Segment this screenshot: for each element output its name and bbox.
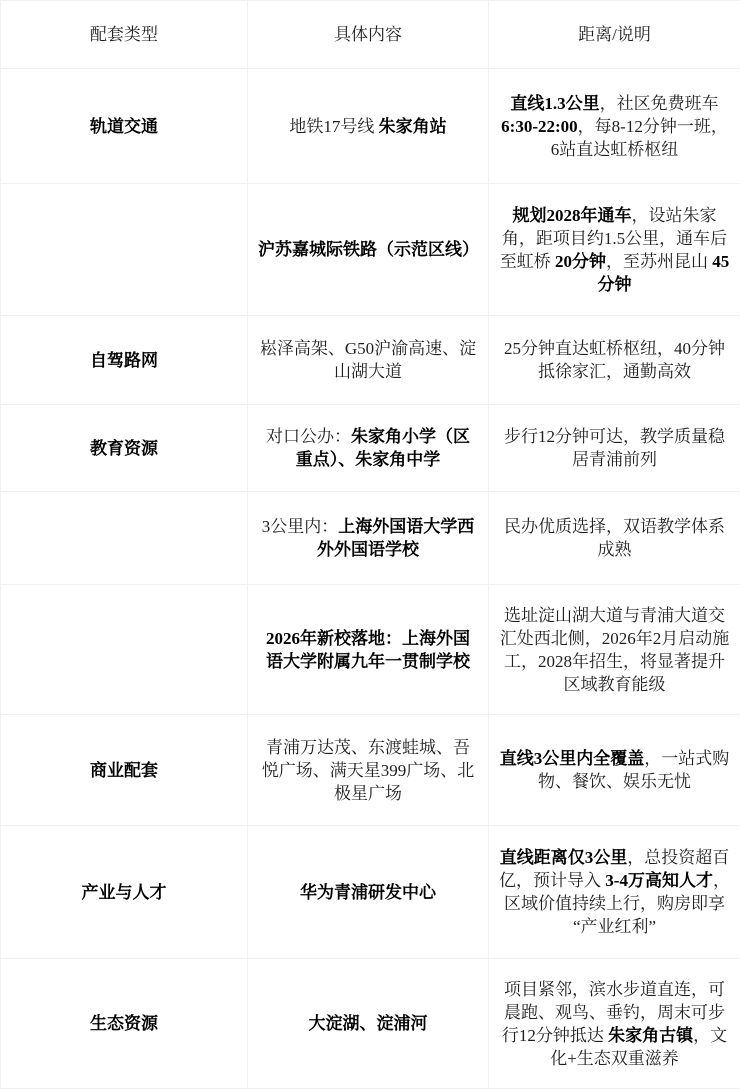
cell-description: 25分钟直达虹桥枢纽，40分钟抵徐家汇，通勤高效 (489, 316, 740, 405)
table-row: 3公里内：上海外国语大学西外外国语学校民办优质选择，双语教学体系成熟 (1, 492, 740, 585)
text-segment: 选址淀山湖大道与青浦大道交汇处西北侧，2026年2月启动施工，2028年招生，将… (500, 606, 730, 694)
cell-description: 直线距离仅3公里，总投资超百亿，预计导入 3-4万高知人才，区域价值持续上行，购… (489, 826, 740, 959)
header-category: 配套类型 (1, 1, 248, 69)
text-segment: 沪苏嘉城际铁路（示范区线） (258, 240, 479, 259)
text-segment: 25分钟直达虹桥枢纽，40分钟抵徐家汇，通勤高效 (504, 339, 725, 381)
cell-category: 生态资源 (1, 959, 248, 1089)
table-row: 生态资源大淀湖、淀浦河项目紧邻，滨水步道直连，可晨跑、观鸟、垂钓，周末可步行12… (1, 959, 740, 1089)
cell-description: 民办优质选择，双语教学体系成熟 (489, 492, 740, 585)
text-segment: 教育资源 (90, 439, 158, 458)
text-segment: ，每8-12分钟一班，6站直达虹桥枢纽 (551, 117, 728, 159)
cell-content: 对口公办：朱家角小学（区重点）、朱家角中学 (248, 405, 489, 492)
table-row: 2026年新校落地：上海外国语大学附属九年一贯制学校选址淀山湖大道与青浦大道交汇… (1, 585, 740, 715)
text-segment: 直线距离仅3公里 (500, 848, 628, 867)
cell-category: 产业与人才 (1, 826, 248, 959)
table-body: 轨道交通地铁17号线 朱家角站直线1.3公里，社区免费班车 6:30-22:00… (1, 69, 740, 1089)
text-segment: 20分钟 (555, 252, 606, 271)
text-segment: ，社区免费班车 (600, 94, 719, 113)
text-segment: 产业与人才 (82, 883, 167, 902)
text-segment: 上海外国语大学西外外国语学校 (317, 517, 474, 559)
cell-category: 轨道交通 (1, 69, 248, 184)
text-segment: 华为青浦研发中心 (300, 883, 436, 902)
cell-category: 自驾路网 (1, 316, 248, 405)
cell-content: 地铁17号线 朱家角站 (248, 69, 489, 184)
cell-content: 华为青浦研发中心 (248, 826, 489, 959)
cell-content: 3公里内：上海外国语大学西外外国语学校 (248, 492, 489, 585)
text-segment: 步行12分钟可达，教学质量稳居青浦前列 (504, 427, 725, 469)
cell-content: 沪苏嘉城际铁路（示范区线） (248, 184, 489, 316)
header-description: 距离/说明 (489, 1, 740, 69)
text-segment: 3公里内： (262, 517, 339, 536)
text-segment: 朱家角站 (379, 117, 447, 136)
table-row: 教育资源对口公办：朱家角小学（区重点）、朱家角中学步行12分钟可达，教学质量稳居… (1, 405, 740, 492)
table-row: 轨道交通地铁17号线 朱家角站直线1.3公里，社区免费班车 6:30-22:00… (1, 69, 740, 184)
table-row: 商业配套青浦万达茂、东渡蛙城、吾悦广场、满天星399广场、北极星广场直线3公里内… (1, 715, 740, 826)
cell-description: 项目紧邻，滨水步道直连，可晨跑、观鸟、垂钓，周末可步行12分钟抵达 朱家角古镇，… (489, 959, 740, 1089)
table-row: 产业与人才华为青浦研发中心直线距离仅3公里，总投资超百亿，预计导入 3-4万高知… (1, 826, 740, 959)
amenities-table: 配套类型 具体内容 距离/说明 轨道交通地铁17号线 朱家角站直线1.3公里，社… (0, 0, 740, 1089)
cell-content: 崧泽高架、G50沪渝高速、淀山湖大道 (248, 316, 489, 405)
cell-content: 青浦万达茂、东渡蛙城、吾悦广场、满天星399广场、北极星广场 (248, 715, 489, 826)
text-segment: 商业配套 (90, 761, 158, 780)
cell-description: 选址淀山湖大道与青浦大道交汇处西北侧，2026年2月启动施工，2028年招生，将… (489, 585, 740, 715)
cell-content: 大淀湖、淀浦河 (248, 959, 489, 1089)
cell-category: 教育资源 (1, 405, 248, 492)
text-segment: 轨道交通 (90, 117, 158, 136)
table-row: 自驾路网崧泽高架、G50沪渝高速、淀山湖大道25分钟直达虹桥枢纽，40分钟抵徐家… (1, 316, 740, 405)
cell-description: 规划2028年通车，设站朱家角，距项目约1.5公里，通车后至虹桥 20分钟，至苏… (489, 184, 740, 316)
text-segment: 生态资源 (90, 1014, 158, 1033)
text-segment: 大淀湖、淀浦河 (309, 1014, 428, 1033)
text-segment: 2026年新校落地：上海外国语大学附属九年一贯制学校 (266, 629, 470, 671)
text-segment: 3-4万高知人才 (605, 871, 713, 890)
cell-description: 直线1.3公里，社区免费班车 6:30-22:00，每8-12分钟一班，6站直达… (489, 69, 740, 184)
text-segment: 6:30-22:00 (501, 117, 577, 136)
text-segment: 崧泽高架、G50沪渝高速、淀山湖大道 (260, 339, 476, 381)
header-content: 具体内容 (248, 1, 489, 69)
text-segment: 青浦万达茂、东渡蛙城、吾悦广场、满天星399广场、北极星广场 (262, 738, 475, 803)
text-segment: 对口公办： (266, 427, 351, 446)
header-row: 配套类型 具体内容 距离/说明 (1, 1, 740, 69)
cell-description: 步行12分钟可达，教学质量稳居青浦前列 (489, 405, 740, 492)
cell-description: 直线3公里内全覆盖，一站式购物、餐饮、娱乐无忧 (489, 715, 740, 826)
cell-content: 2026年新校落地：上海外国语大学附属九年一贯制学校 (248, 585, 489, 715)
cell-category (1, 184, 248, 316)
text-segment: 地铁17号线 (289, 117, 378, 136)
cell-category (1, 585, 248, 715)
text-segment: 直线3公里内全覆盖 (500, 749, 645, 768)
text-segment: 规划2028年通车 (513, 206, 632, 225)
text-segment: 自驾路网 (90, 351, 158, 370)
table-row: 沪苏嘉城际铁路（示范区线）规划2028年通车，设站朱家角，距项目约1.5公里，通… (1, 184, 740, 316)
cell-category: 商业配套 (1, 715, 248, 826)
text-segment: 直线1.3公里 (510, 94, 599, 113)
text-segment: 民办优质选择，双语教学体系成熟 (504, 517, 725, 559)
text-segment: 朱家角古镇 (608, 1026, 693, 1045)
cell-category (1, 492, 248, 585)
text-segment: ，至苏州昆山 (606, 252, 712, 271)
